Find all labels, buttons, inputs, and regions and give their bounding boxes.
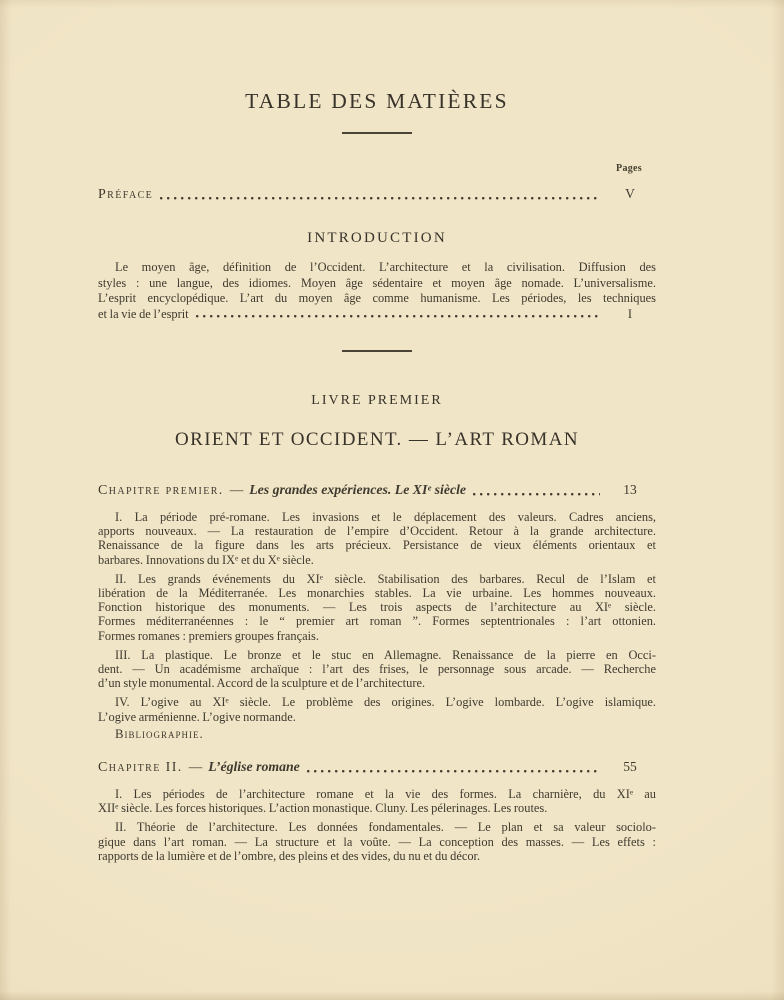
page-content: TABLE DES MATIÈRES Pages Préface V INTRO… [98,88,656,863]
chapter-title: L’église romane [208,758,300,776]
chapter2-note-2: II. Théorie de l’architecture. Les donné… [98,820,656,863]
dot-leader [160,185,600,204]
note-line: rapports de la lumière et de l’ombre, de… [98,849,656,863]
chapter2-entry: Chapitre II. — L’église romane 55 [98,758,656,777]
scanned-book-page: TABLE DES MATIÈRES Pages Préface V INTRO… [0,0,784,1000]
page-number: 13 [604,481,656,499]
note-line: Renaissance de la figure dans les arts p… [98,538,656,552]
section-divider-rule [342,350,412,352]
introduction-summary: Le moyen âge, définition de l’Occident. … [98,260,656,322]
note-line: II. Théorie de l’architecture. Les donné… [98,820,656,834]
chapter-title: Les grandes expériences. Le XIᵉ siècle [249,481,466,499]
summary-line: Le moyen âge, définition de l’Occident. … [98,260,656,276]
bibliography-label: Bibliographie. [98,727,656,741]
chapter1-note-2: II. Les grands événements du XIᵉ siècle.… [98,572,656,643]
dot-leader [307,758,600,777]
note-line: XIIᵉ siècle. Les forces historiques. L’a… [98,801,656,815]
chapter1-entry: Chapitre premier. — Les grandes expérien… [98,481,656,500]
note-line: d’un style monumental. Accord de la scul… [98,676,656,690]
note-line: III. La plastique. Le bronze et le stuc … [98,648,656,662]
note-line: libération de la Méditerranée. Les monar… [98,586,656,600]
note-line: Formes méditerranéennes : le “ premier a… [98,614,656,628]
dot-leader [473,481,600,500]
chapter1-note-4: IV. L’ogive au XIᵉ siècle. Le problème d… [98,695,656,723]
dot-leader [196,307,600,323]
page-title: TABLE DES MATIÈRES [98,88,656,114]
note-line: dent. — Un académisme archaïque : l’art … [98,662,656,676]
preface-entry: Préface V [98,185,656,204]
chapter2-note-1: I. Les périodes de l’architecture romane… [98,787,656,815]
chapter-dash: — [189,758,203,776]
chapter-label: Chapitre II. [98,759,183,777]
title-rule [342,132,412,134]
chapter1-note-3: III. La plastique. Le bronze et le stuc … [98,648,656,691]
summary-line-end: et la vie de l’esprit [98,307,189,323]
preface-label: Préface [98,186,153,204]
page-number: V [604,185,656,203]
chapter-label: Chapitre premier. [98,482,224,500]
note-line: II. Les grands événements du XIᵉ siècle.… [98,572,656,586]
note-line: IV. L’ogive au XIᵉ siècle. Le problème d… [98,695,656,709]
chapter-dash: — [230,481,244,499]
note-line: L’ogive arménienne. L’ogive normande. [98,710,656,724]
note-line: apports nouveaux. — La restauration de l… [98,524,656,538]
page-number: I [604,307,656,323]
book-title: ORIENT ET OCCIDENT. — L’ART ROMAN [98,429,656,451]
note-line: gique dans l’art roman. — La structure e… [98,835,656,849]
summary-line: styles : une langue, des idiomes. Moyen … [98,276,656,292]
introduction-leader-line: et la vie de l’esprit I [98,307,656,323]
summary-line: L’esprit encyclopédique. L’art du moyen … [98,291,656,307]
book-kicker: LIVRE PREMIER [98,392,656,409]
note-line: I. Les périodes de l’architecture romane… [98,787,656,801]
pages-column-label: Pages [98,164,656,174]
chapter1-note-1: I. La période pré-romane. Les invasions … [98,510,656,567]
introduction-heading: INTRODUCTION [98,229,656,247]
note-line: Fonction historique des monuments. — Les… [98,600,656,614]
page-number: 55 [604,758,656,776]
note-line: I. La période pré-romane. Les invasions … [98,510,656,524]
note-line: Formes romanes : premiers groupes frança… [98,629,656,643]
note-line: barbares. Innovations du IXᵉ et du Xᵉ si… [98,553,656,567]
